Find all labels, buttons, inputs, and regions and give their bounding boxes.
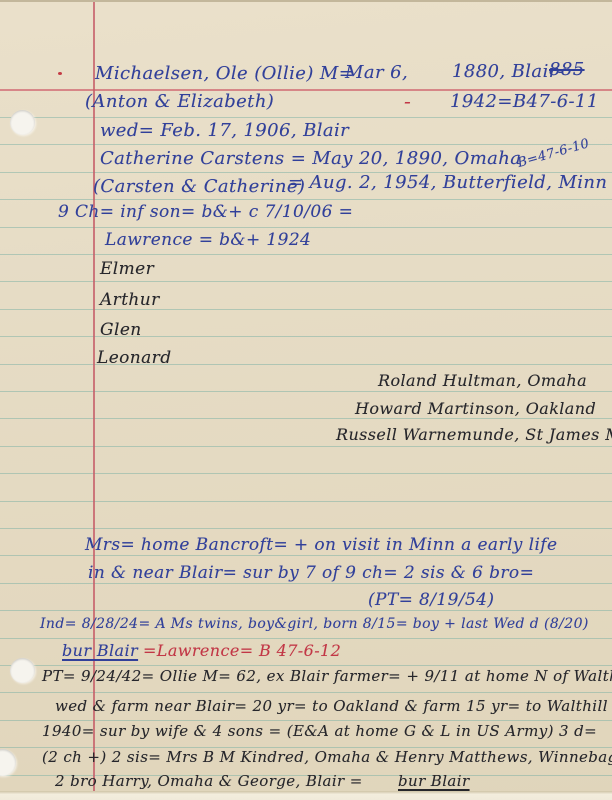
scan-edge-strip	[0, 791, 612, 800]
ruled-line	[0, 610, 612, 611]
ruled-line	[0, 665, 612, 666]
spouse-parents: (Carsten & Catherine)	[93, 177, 305, 197]
spouse-line: Catherine Carstens = May 20, 1890, Omaha	[100, 149, 521, 169]
ruled-line	[0, 254, 612, 255]
ruled-line	[0, 446, 612, 447]
ruled-line	[0, 501, 612, 502]
twins-note: Ind= 8/28/24= A Ms twins, boy&girl, born…	[40, 617, 589, 632]
obit-line-2: wed & farm near Blair= 20 yr= to Oakland…	[55, 698, 608, 715]
marriage-line: wed= Feb. 17, 1906, Blair	[100, 121, 349, 141]
obit-line-1: PT= 9/24/42= Ollie M= 62, ex Blair farme…	[42, 668, 612, 685]
birth-date: Mar 6,	[345, 63, 408, 83]
children-count-line: 9 Ch= inf son= b&+ c 7/10/06 =	[58, 203, 353, 222]
ruled-line	[0, 638, 612, 639]
red-ink-dot	[58, 72, 62, 75]
obit-line-5: 2 bro Harry, Omaha & George, Blair =	[55, 773, 363, 790]
child-glen: Glen	[100, 321, 142, 340]
ruled-line	[0, 528, 612, 529]
obit-burial: bur Blair	[398, 773, 470, 790]
spouse-ref-superscript: B=47-6-10	[516, 137, 591, 171]
child-elmer: Elmer	[100, 260, 154, 279]
child-arthur: Arthur	[100, 291, 160, 310]
death-year-ref: 1942=B47-6-11	[450, 92, 599, 112]
widow-note-1: Mrs= home Bancroft= + on visit in Minn a…	[85, 536, 557, 555]
ruled-line	[0, 309, 612, 310]
hole-punch-edge-partial	[0, 749, 16, 776]
son-in-law-1: Roland Hultman, Omaha	[378, 372, 587, 390]
ruled-line	[0, 473, 612, 474]
ruled-line	[0, 418, 612, 419]
spouse-death: = Aug. 2, 1954, Butterfield, Minn	[288, 173, 607, 193]
birth-year-place: 1880, Blair-	[452, 62, 564, 82]
child-leonard: Leonard	[97, 349, 171, 368]
ruled-line	[0, 720, 612, 721]
ruled-line	[0, 199, 612, 200]
hole-punch-top	[10, 110, 35, 135]
burial-note: bur Blair	[62, 642, 138, 660]
ruled-line	[0, 117, 612, 118]
red-dash: -	[404, 90, 411, 112]
son-in-law-2: Howard Martinson, Oakland	[355, 400, 596, 418]
document-page: Michaelsen, Ole (Ollie) M=Mar 6,1880, Bl…	[0, 0, 612, 800]
obit-line-4: (2 ch +) 2 sis= Mrs B M Kindred, Omaha &…	[42, 749, 612, 766]
obit-line-3: 1940= sur by wife & 4 sons = (E&A at hom…	[42, 723, 597, 740]
ruled-line	[0, 281, 612, 282]
ruled-line	[0, 364, 612, 365]
ruled-line	[0, 692, 612, 693]
hole-punch-bottom	[10, 658, 35, 683]
ruled-line	[0, 391, 612, 392]
ruled-line	[0, 555, 612, 556]
parents: (Anton & Elizabeth)	[85, 92, 274, 112]
struck-number: 885	[549, 60, 585, 80]
ruled-line	[0, 144, 612, 145]
son-in-law-3: Russell Warnemunde, St James Minn	[336, 426, 612, 444]
ruled-line	[0, 583, 612, 584]
ruled-line	[0, 227, 612, 228]
ruled-line	[0, 336, 612, 337]
child-lawrence: Lawrence = b&+ 1924	[105, 231, 311, 250]
name-header: Michaelsen, Ole (Ollie) M=	[95, 64, 354, 84]
widow-note-2: in & near Blair= sur by 7 of 9 ch= 2 sis…	[88, 564, 534, 583]
source-pt-1954: (PT= 8/19/54)	[368, 591, 494, 610]
burial-ref-red: =Lawrence= B 47-6-12	[143, 642, 341, 660]
